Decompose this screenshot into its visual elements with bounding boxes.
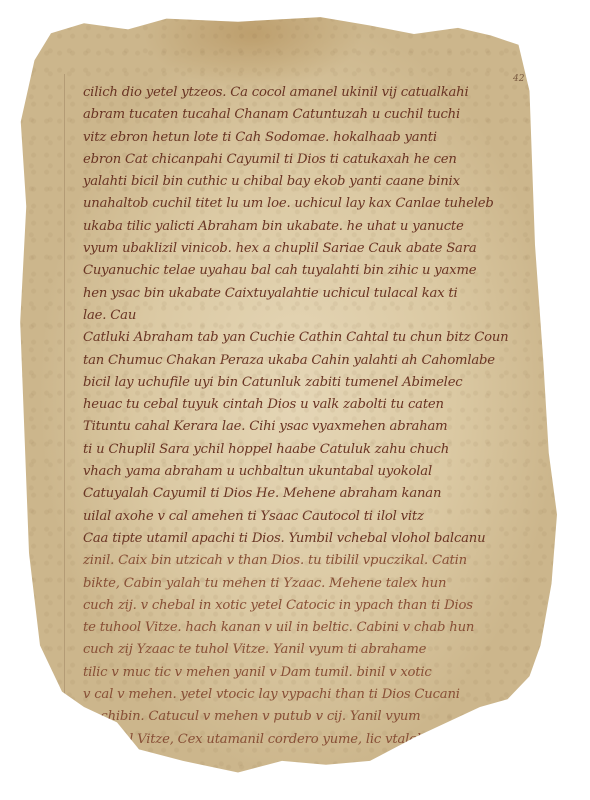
text-line: Catluki Abraham tab yan Cuchie Cathin Ca… [83, 327, 573, 349]
text-line: lae. Cau [83, 305, 573, 327]
text-line: abram tucaten tucahal Chanam Catuntuzah … [83, 104, 573, 126]
text-line: v cal v mehen. yetel vtocic lay vypachi … [83, 684, 573, 706]
text-line: Catuyalah Cayumil ti Dios He. Mehene abr… [83, 483, 573, 505]
text-line: bicil lay uchufile uyi bin Catunluk zabi… [83, 372, 573, 394]
manuscript-page: 42 cilich dio yetel ytzeos. Ca cocol ama… [18, 14, 568, 784]
text-line: Cuyanuchic telae uyahau bal cah tuyalaht… [83, 260, 573, 282]
text-line: yalahti bicil bin cuthic u chibal bay ek… [83, 171, 573, 193]
text-line: vhach yama abraham u uchbaltun ukuntabal… [83, 461, 573, 483]
text-line: te tuhool Vitze. hach kanan v uil in bel… [83, 617, 573, 639]
text-line: ebron Cat chicanpahi Cayumil ti Dios ti … [83, 149, 573, 171]
manuscript-text: cilich dio yetel ytzeos. Ca cocol amanel… [83, 82, 573, 751]
text-line: cuch zij Yzaac te tuhol Vitze. Yanil vyu… [83, 639, 573, 661]
text-line: unahaltob cuchil titet lu um loe. uchicu… [83, 193, 573, 215]
text-line: cilich dio yetel ytzeos. Ca cocol amanel… [83, 82, 573, 104]
margin-rule [64, 74, 65, 724]
text-line: te tuhol Vitze, Cex utamanil cordero yum… [83, 729, 573, 751]
text-line: tu chibin. Catucul v mehen v putub v cij… [83, 706, 573, 728]
text-line: Caa tipte utamil apachi ti Dios. Yumbil … [83, 528, 573, 550]
text-line: heuac tu cebal tuyuk cintah Dios u valk … [83, 394, 573, 416]
text-line: uilal axohe v cal amehen ti Ysaac Cautoc… [83, 506, 573, 528]
text-line: tan Chumuc Chakan Peraza ukaba Cahin yal… [83, 350, 573, 372]
text-line: tilic v muc tic v mehen yanil v Dam tumi… [83, 662, 573, 684]
text-line: zinil. Caix bin utzicah v than Dios. tu … [83, 550, 573, 572]
text-line: bikte, Cabin yalah tu mehen ti Yzaac. Me… [83, 573, 573, 595]
text-line: cuch zij. v chebal in xotic yetel Catoci… [83, 595, 573, 617]
text-line: ukaba tilic yalicti Abraham bin ukabate.… [83, 216, 573, 238]
text-line: ti u Chuplil Sara ychil hoppel haabe Cat… [83, 439, 573, 461]
text-line: hen ysac bin ukabate Caixtuyalahtie uchi… [83, 283, 573, 305]
text-line: vitz ebron hetun lote ti Cah Sodomae. ho… [83, 127, 573, 149]
text-line: Tituntu cahal Kerara lae. Cihi ysac vyax… [83, 416, 573, 438]
text-line: vyum ubaklizil vinicob. hex a chuplil Sa… [83, 238, 573, 260]
